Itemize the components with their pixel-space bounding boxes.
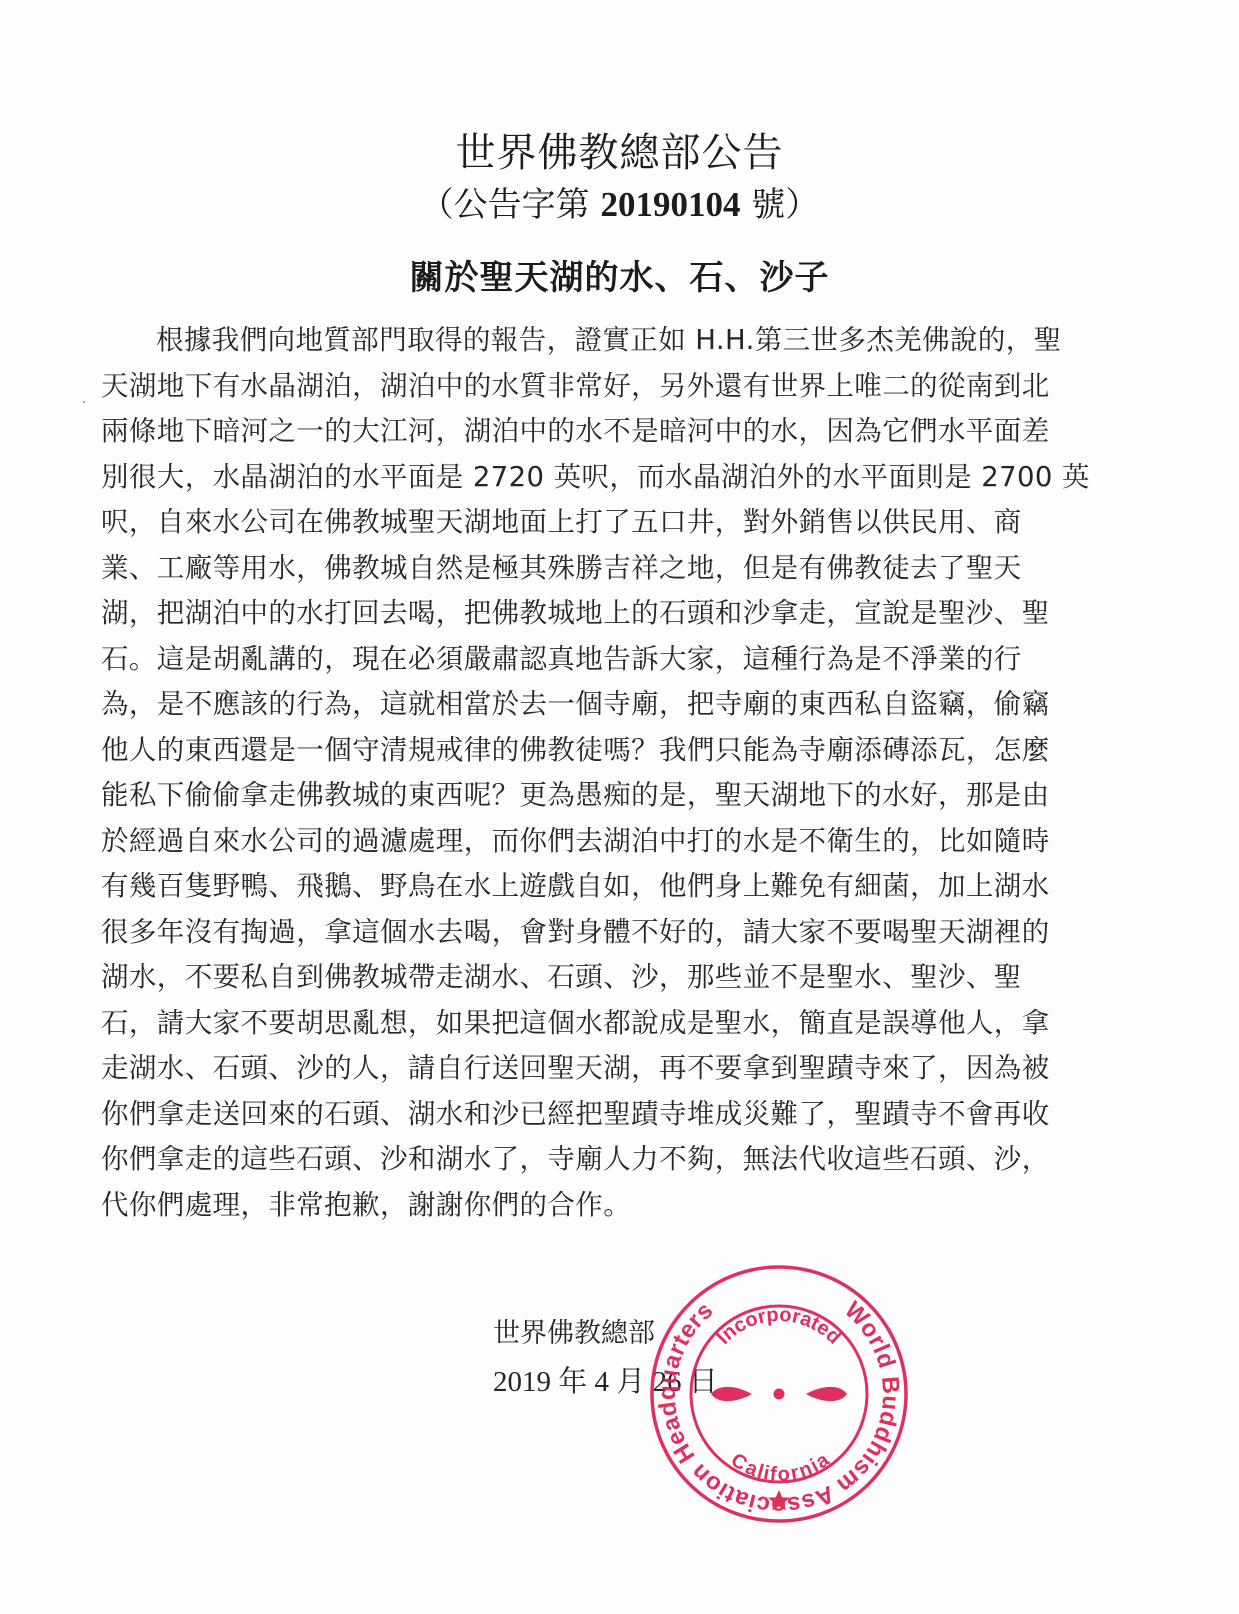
doc-number-prefix: （公告字第	[420, 185, 601, 225]
body-line: 他人的東西還是一個守清規戒律的佛教徒嗎？我們只能為寺廟添磚添瓦，怎麼	[101, 728, 1121, 774]
body-line: 根據我們向地質部門取得的報告，證實正如 H.H.第三世多杰羌佛說的，聖	[101, 318, 1121, 364]
body-line: 別很大，水晶湖泊的水平面是 2720 英呎，而水晶湖泊外的水平面則是 2700 …	[101, 455, 1121, 501]
body-line: 業、工廠等用水，佛教城自然是極其殊勝吉祥之地，但是有佛教徒去了聖天	[101, 546, 1121, 592]
body-line: 湖水，不要私自到佛教城帶走湖水、石頭、沙，那些並不是聖水、聖沙、聖	[101, 955, 1121, 1001]
scan-speck	[83, 401, 85, 403]
doc-number-value: 20190104	[601, 185, 741, 224]
body-line: 於經過自來水公司的過濾處理，而你們去湖泊中打的水是不衛生的，比如隨時	[101, 819, 1121, 865]
body-line: 很多年沒有掏過，拿這個水去喝，會對身體不好的，請大家不要喝聖天湖裡的	[101, 910, 1121, 956]
body-line: 代你們處理，非常抱歉，謝謝你們的合作。	[101, 1183, 1121, 1229]
body-line: 為，是不應該的行為，這就相當於去一個寺廟，把寺廟的東西私自盜竊，偷竊	[101, 682, 1121, 728]
body-line: 能私下偷偷拿走佛教城的東西呢？更為愚痴的是，聖天湖地下的水好，那是由	[101, 773, 1121, 819]
body-line: 你們拿走送回來的石頭、湖水和沙已經把聖蹟寺堆成災難了，聖蹟寺不會再收	[101, 1092, 1121, 1138]
announcement-subject: 關於聖天湖的水、石、沙子	[0, 255, 1239, 301]
body-line: 湖，把湖泊中的水打回去喝，把佛教城地上的石頭和沙拿走，宣說是聖沙、聖	[101, 591, 1121, 637]
official-seal-stamp: World Buddhism Association Headquarters …	[648, 1263, 910, 1525]
document-page: 世界佛教總部公告 （公告字第 20190104 號） 關於聖天湖的水、石、沙子 …	[0, 0, 1239, 1614]
body-line: 石。這是胡亂講的，現在必須嚴肅認真地告訴大家，這種行為是不淨業的行	[101, 637, 1121, 683]
body-line: 天湖地下有水晶湖泊，湖泊中的水質非常好，另外還有世界上唯二的從南到北	[101, 364, 1121, 410]
body-line: 呎，自來水公司在佛教城聖天湖地面上打了五口井，對外銷售以供民用、商	[101, 500, 1121, 546]
body-line: 石，請大家不要胡思亂想，如果把這個水都說成是聖水，簡直是誤導他人，拿	[101, 1001, 1121, 1047]
body-line: 兩條地下暗河之一的大江河，湖泊中的水不是暗河中的水，因為它們水平面差	[101, 409, 1121, 455]
announcement-title: 世界佛教總部公告	[0, 128, 1239, 178]
doc-number-suffix: 號）	[741, 185, 820, 225]
body-line: 有幾百隻野鴨、飛鵝、野鳥在水上遊戲自如，他們身上難免有細菌，加上湖水	[101, 864, 1121, 910]
seal-inner-top-text: Incorporated	[712, 1304, 845, 1349]
body-line: 走湖水、石頭、沙的人，請自行送回聖天湖，再不要拿到聖蹟寺來了，因為被	[101, 1046, 1121, 1092]
announcement-number: （公告字第 20190104 號）	[0, 183, 1239, 227]
body-line: 你們拿走的這些石頭、沙和湖水了，寺廟人力不夠，無法代收這些石頭、沙，	[101, 1137, 1121, 1183]
seal-inner-bottom-text: California	[727, 1448, 834, 1485]
announcement-body: 根據我們向地質部門取得的報告，證實正如 H.H.第三世多杰羌佛說的，聖 天湖地下…	[101, 318, 1121, 1228]
seal-center-emblem-icon	[711, 1387, 847, 1401]
